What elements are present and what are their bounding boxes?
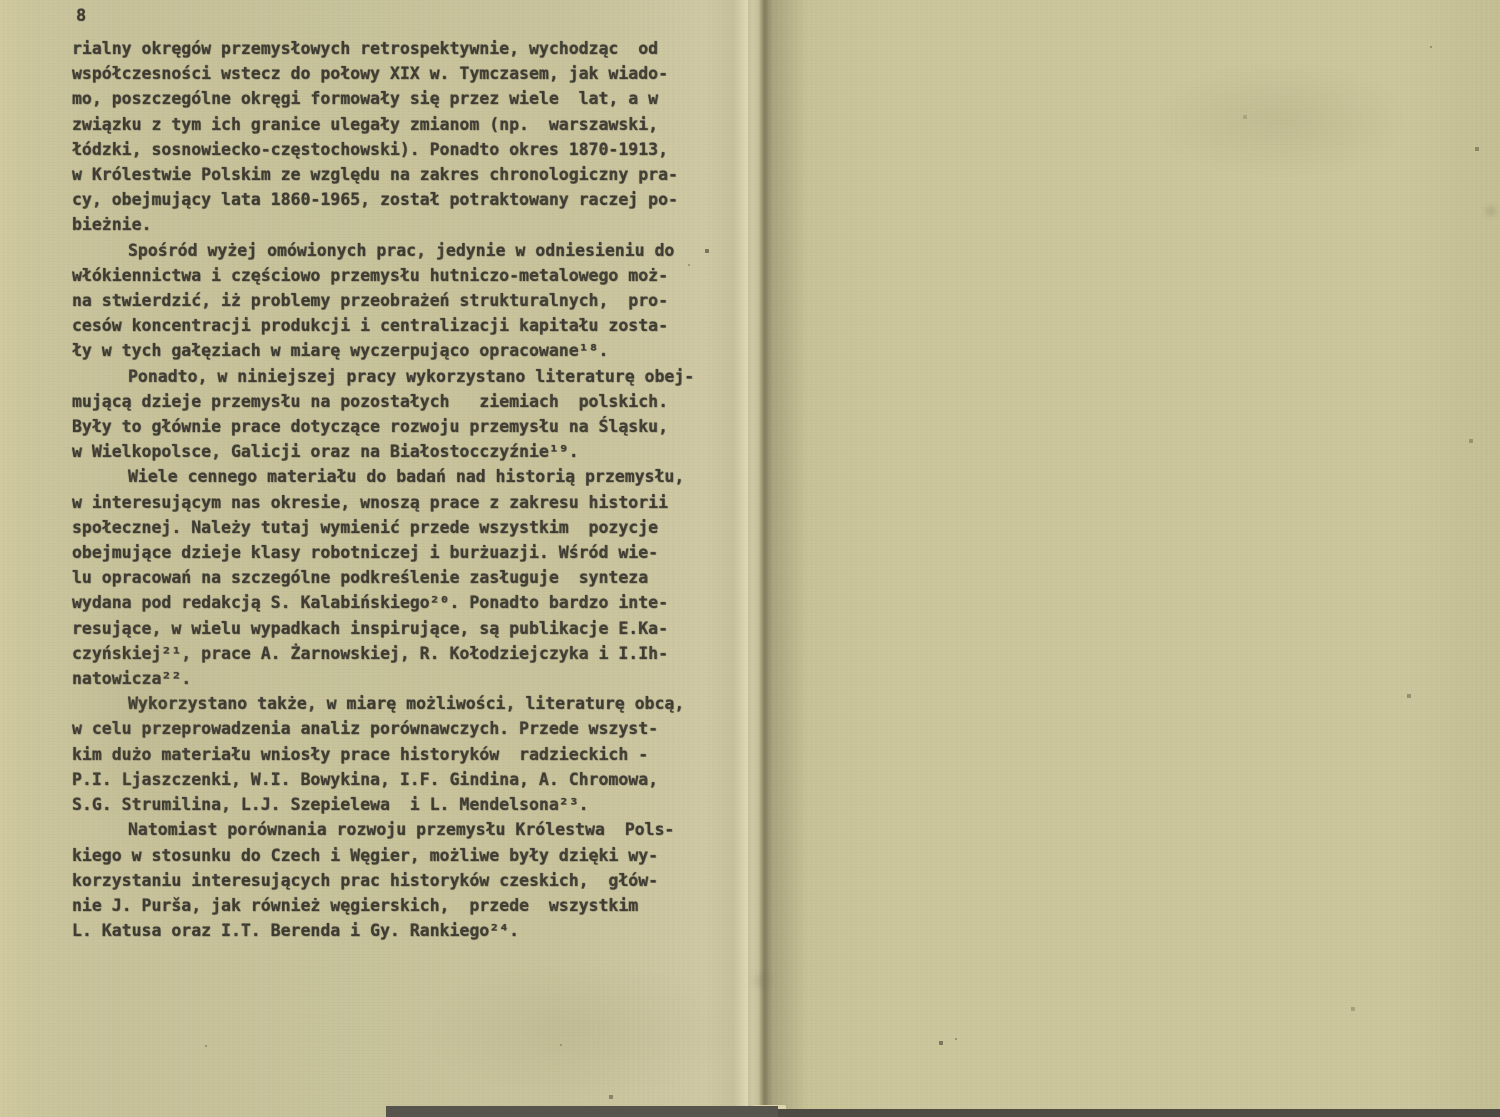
text-line: P.I. Ljaszczenki, W.I. Bowykina, I.F. Gi… [72, 767, 672, 792]
text-line: mo, poszczególne okręgi formowały się pr… [72, 86, 672, 111]
page-right: 9 Korzystano również z wielu prac histor… [748, 0, 1500, 1117]
text-line: Natomiast porównania rozwoju przemysłu K… [72, 817, 672, 842]
text-line: czyńskiej²¹, prace A. Żarnowskiej, R. Ko… [72, 641, 672, 666]
text-line: rialny okręgów przemysłowych retrospekty… [72, 36, 672, 61]
paragraph: Wiele cennego materiału do badań nad his… [72, 464, 672, 691]
text-line: włókiennictwa i częściowo przemysłu hutn… [72, 263, 672, 288]
text-line: współczesności wstecz do połowy XIX w. T… [72, 61, 672, 86]
paragraph: Ponadto, w niniejszej pracy wykorzystano… [72, 364, 672, 465]
paragraph: Wykorzystano także, w miarę możliwości, … [72, 691, 672, 817]
text-line: Wykorzystano także, w miarę możliwości, … [72, 691, 672, 716]
text-line: w Królestwie Polskim ze względu na zakre… [72, 162, 672, 187]
text-line: mującą dzieje przemysłu na pozostałych z… [72, 389, 672, 414]
text-line: w interesującym nas okresie, wnoszą prac… [72, 490, 672, 515]
photo-bottom-edge [778, 1109, 1500, 1117]
text-line: Były to głównie prace dotyczące rozwoju … [72, 414, 672, 439]
text-line: resujące, w wielu wypadkach inspirujące,… [72, 616, 672, 641]
text-line: kim dużo materiału wniosły prace history… [72, 742, 672, 767]
text-line: korzystaniu interesujących prac historyk… [72, 868, 672, 893]
page-left: 8 rialny okręgów przemysłowych retrospek… [0, 0, 748, 1117]
text-line: nie J. Purša, jak również węgierskich, p… [72, 893, 672, 918]
text-line: Spośród wyżej omówionych prac, jedynie w… [72, 238, 672, 263]
text-line: obejmujące dzieje klasy robotniczej i bu… [72, 540, 672, 565]
text-line: wydana pod redakcją S. Kalabińskiego²⁰. … [72, 590, 672, 615]
text-line: Ponadto, w niniejszej pracy wykorzystano… [72, 364, 672, 389]
text-line: ły w tych gałęziach w miarę wyczerpująco… [72, 338, 672, 363]
page-number-left: 8 [76, 6, 87, 26]
book-scan: 8 rialny okręgów przemysłowych retrospek… [0, 0, 1500, 1117]
text-line: łódzki, sosnowiecko-częstochowski). Pona… [72, 137, 672, 162]
text-line: cy, obejmujący lata 1860-1965, został po… [72, 187, 672, 212]
text-line: lu opracowań na szczególne podkreślenie … [72, 565, 672, 590]
text-line: społecznej. Należy tutaj wymienić przede… [72, 515, 672, 540]
paragraph: Spośród wyżej omówionych prac, jedynie w… [72, 238, 672, 364]
text-line: Wiele cennego materiału do badań nad his… [72, 464, 672, 489]
photo-bottom-edge [386, 1106, 778, 1117]
text-line: natowicza²². [72, 666, 672, 691]
text-line: S.G. Strumilina, L.J. Szepielewa i L. Me… [72, 792, 672, 817]
text-line: w celu przeprowadzenia analiz porównawcz… [72, 716, 672, 741]
left-page-text: rialny okręgów przemysłowych retrospekty… [72, 36, 672, 943]
paragraph: rialny okręgów przemysłowych retrospekty… [72, 36, 672, 238]
text-line: związku z tym ich granice ulegały zmiano… [72, 112, 672, 137]
paragraph: Natomiast porównania rozwoju przemysłu K… [72, 817, 672, 943]
text-line: kiego w stosunku do Czech i Węgier, możl… [72, 843, 672, 868]
text-line: w Wielkopolsce, Galicji oraz na Białosto… [72, 439, 672, 464]
text-line: cesów koncentracji produkcji i centraliz… [72, 313, 672, 338]
text-line: na stwierdzić, iż problemy przeobrażeń s… [72, 288, 672, 313]
text-line: bieżnie. [72, 212, 672, 237]
text-line: L. Katusa oraz I.T. Berenda i Gy. Rankie… [72, 918, 672, 943]
